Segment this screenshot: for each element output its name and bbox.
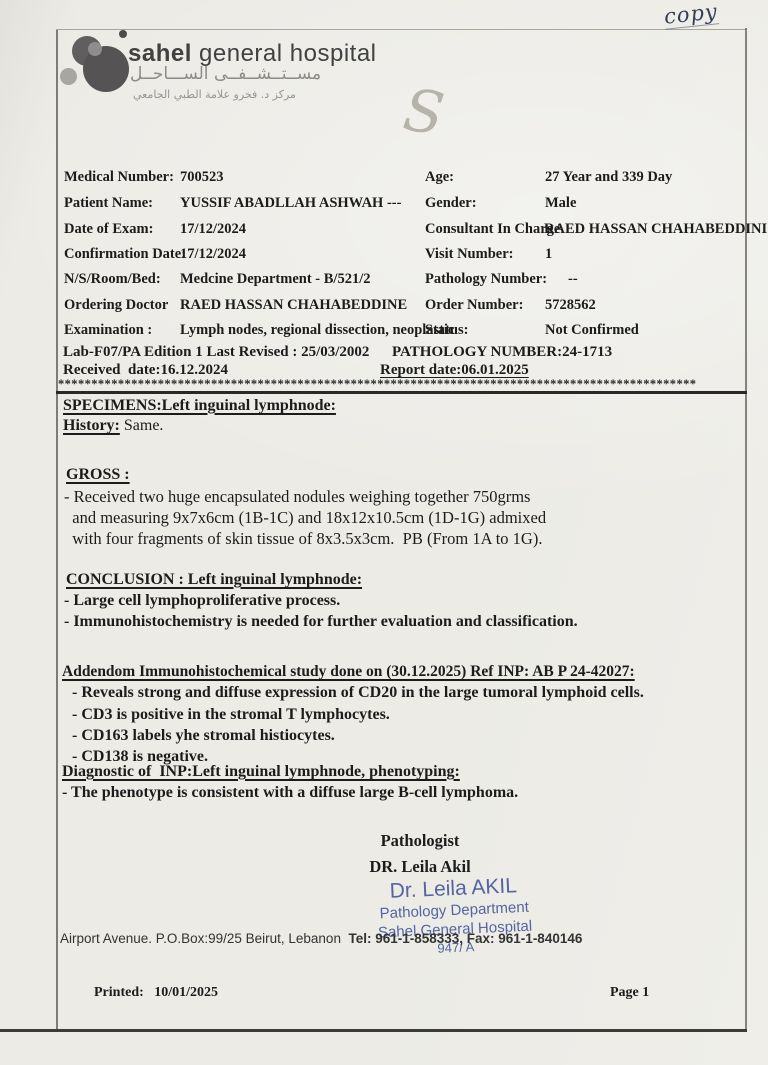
field-label: Status: — [425, 322, 469, 338]
field-consultant: Consultant In Charge — [425, 221, 560, 238]
pathologist-stamp: Dr. Leila AKIL Pathology Department Sahe… — [340, 871, 568, 961]
field-patient-name-value: YUSSIF ABADLLAH ASHWAH --- — [180, 195, 401, 212]
field-label: Patient Name: — [64, 195, 153, 211]
field-order-number: Order Number: — [425, 297, 523, 314]
field-room-bed-value: Medcine Department - B/521/2 — [180, 271, 370, 288]
pathology-number-line: PATHOLOGY NUMBER:24-1713 — [392, 344, 612, 361]
page-border-top — [56, 29, 747, 30]
pathology-report-page: copy S sahel general hospital مســتــشــ… — [0, 0, 768, 1065]
field-ordering-doctor: Ordering Doctor — [64, 297, 168, 314]
field-pathology-number: Pathology Number: — [425, 271, 547, 288]
hospital-logo-icon — [60, 68, 77, 85]
hospital-name-bold: sahel — [128, 40, 192, 67]
history-value: Same. — [120, 417, 164, 434]
conclusion-heading: CONCLUSION : Left inguinal lymphnode: — [66, 571, 362, 589]
page-border-right — [745, 28, 747, 1031]
printed-date: 10/01/2025 — [154, 985, 218, 1000]
field-confirmation-date-value: 17/12/2024 — [180, 246, 246, 263]
field-label: Order Number: — [425, 297, 523, 313]
diagnostic-heading: Diagnostic of INP:Left inguinal lymphnod… — [62, 763, 460, 781]
thick-divider-rule — [56, 391, 747, 394]
field-label: Medical Number: — [64, 169, 174, 185]
field-label: N/S/Room/Bed: — [64, 271, 161, 287]
diagnostic-line: - The phenotype is consistent with a dif… — [62, 784, 518, 802]
gross-heading: GROSS : — [66, 466, 130, 484]
field-gender-value: Male — [545, 195, 576, 212]
field-patient-name: Patient Name: — [64, 195, 153, 212]
field-age-value: 27 Year and 339 Day — [545, 169, 672, 186]
field-ordering-doctor-value: RAED HASSAN CHAHABEDDINE — [180, 297, 407, 314]
field-gender: Gender: — [425, 195, 477, 212]
conclusion-line: - Large cell lymphoproliferative process… — [64, 592, 340, 610]
field-status-value: Not Confirmed — [545, 322, 639, 339]
hospital-name-arabic: مســتــشــفــى الســـاحــل — [130, 64, 321, 84]
footer-tel-fax: Tel: 961-1-858333, Fax: 961-1-840146 — [348, 931, 582, 946]
field-order-number-value: 5728562 — [545, 297, 596, 314]
addendum-line: - CD3 is positive in the stromal T lymph… — [72, 706, 390, 724]
field-label: Gender: — [425, 195, 477, 211]
page-border-bottom — [0, 1029, 747, 1032]
field-label: Visit Number: — [425, 246, 513, 262]
field-examination: Examination : — [64, 322, 152, 339]
signature-block: Pathologist DR. Leila Akil — [300, 828, 540, 880]
addendum-line: - CD163 labels yhe stromal histiocytes. — [72, 727, 335, 745]
hospital-subtitle-arabic: مركز د. فخرو علامة الطبي الجامعي — [133, 88, 296, 101]
field-date-of-exam-value: 17/12/2024 — [180, 221, 246, 238]
field-label: Ordering Doctor — [64, 297, 168, 313]
field-room-bed: N/S/Room/Bed: — [64, 271, 161, 288]
handwritten-copy-mark: copy — [663, 0, 719, 30]
history-line: History: Same. — [63, 417, 163, 435]
field-visit-number-value: 1 — [545, 246, 552, 263]
field-status: Status: — [425, 322, 469, 339]
footer-address: Airport Avenue. P.O.Box:99/25 Beirut, Le… — [60, 931, 348, 946]
footer-address-line: Airport Avenue. P.O.Box:99/25 Beirut, Le… — [60, 931, 582, 946]
field-visit-number: Visit Number: — [425, 246, 513, 263]
field-medical-number-value: 700523 — [180, 169, 224, 186]
lab-form-line: Lab-F07/PA Edition 1 Last Revised : 25/0… — [63, 344, 369, 361]
pathologist-title: Pathologist — [300, 828, 540, 854]
field-date-of-exam: Date of Exam: — [64, 221, 153, 238]
conclusion-line: - Immunohistochemistry is needed for fur… — [64, 613, 578, 631]
addendum-heading: Addendom Immunohistochemical study done … — [62, 663, 635, 681]
printed-label: Printed: — [94, 985, 154, 1000]
gross-line: with four fragments of skin tissue of 8x… — [64, 529, 542, 549]
gross-line: and measuring 9x7x6cm (1B-1C) and 18x12x… — [64, 508, 546, 528]
specimens-heading: SPECIMENS:Left inguinal lymphnode: — [63, 397, 336, 415]
page-border-left — [56, 30, 58, 1031]
history-label: History: — [63, 417, 120, 434]
hospital-logo-icon — [119, 30, 127, 38]
field-medical-number: Medical Number: — [64, 169, 174, 186]
asterisk-divider: ****************************************… — [58, 377, 748, 392]
field-confirmation-date: Confirmation Date: — [64, 246, 186, 263]
addendum-line: - Reveals strong and diffuse expression … — [72, 684, 644, 702]
printed-line: Printed: 10/01/2025 — [94, 985, 218, 1001]
field-age: Age: — [425, 169, 454, 186]
field-label: Examination : — [64, 322, 152, 338]
gross-line: - Received two huge encapsulated nodules… — [64, 487, 530, 507]
field-label: Age: — [425, 169, 454, 185]
field-examination-value: Lymph nodes, regional dissection, neopla… — [180, 322, 454, 339]
field-label: Pathology Number: — [425, 271, 547, 287]
hospital-logo-icon — [88, 42, 102, 56]
handwritten-s-mark: S — [399, 76, 448, 149]
hospital-name-rest: general hospital — [192, 40, 377, 67]
field-pathology-number-value: -- — [568, 271, 578, 288]
field-label: Date of Exam: — [64, 221, 153, 237]
field-label: Consultant In Charge — [425, 221, 560, 237]
field-label: Confirmation Date: — [64, 246, 186, 262]
page-number: Page 1 — [610, 985, 649, 1001]
field-consultant-value: RAED HASSAN CHAHABEDDINI — [544, 221, 767, 238]
